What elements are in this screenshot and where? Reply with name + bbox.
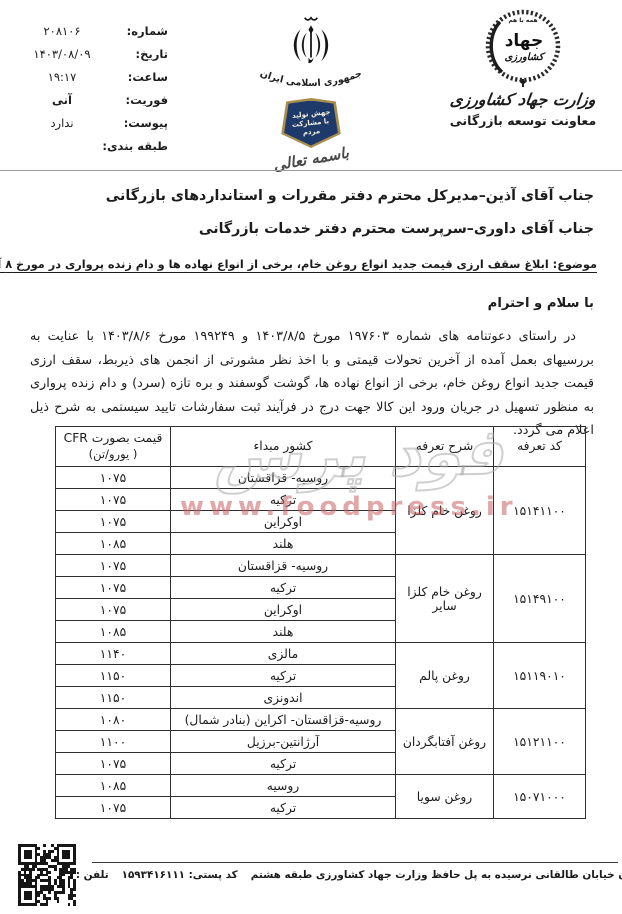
price-cell: ۱۱۵۰ [56, 665, 171, 687]
table-row: ۱۵۱۴۱۱۰۰روغن خام کلزاروسیه- قزاقستان۱۰۷۵ [56, 467, 586, 489]
badge-line2: با مشارکت مردم [282, 116, 340, 139]
letter-document: { "header": { "fields": [ {"label": "شما… [0, 0, 622, 914]
price-cell: ۱۰۷۵ [56, 599, 171, 621]
price-cell: ۱۰۸۵ [56, 775, 171, 797]
tariff-code-cell: ۱۵۱۴۹۱۰۰ [494, 555, 586, 643]
tariff-code-cell: ۱۵۱۴۱۱۰۰ [494, 467, 586, 555]
origin-country-cell: مالزی [171, 643, 396, 665]
footer-text: نشانی: تهران خیابان طالقانی نرسیده به پل… [92, 869, 618, 881]
price-cell: ۱۰۷۵ [56, 511, 171, 533]
national-emblem-block: جمهوری اسلامی ایران جهش تولید با مشارکت … [252, 14, 370, 168]
year-slogan-badge: جهش تولید با مشارکت مردم [280, 98, 342, 148]
origin-country-cell: روسیه [171, 775, 396, 797]
svg-text:کشاورزی: کشاورزی [504, 52, 545, 63]
ministry-block: همه با هم جهاد کشاورزی وزارت جهاد کشاورز… [438, 8, 608, 128]
svg-text:جمهوری اسلامی ایران: جمهوری اسلامی ایران [258, 68, 363, 89]
urgency-value: آنی [18, 93, 106, 107]
origin-country-cell: ترکیه [171, 753, 396, 775]
date-label: تاریخ: [106, 47, 168, 61]
header-price-line2: ( یورو/تن) [60, 447, 166, 463]
price-table-body: ۱۵۱۴۱۱۰۰روغن خام کلزاروسیه- قزاقستان۱۰۷۵… [56, 467, 586, 819]
tariff-desc-cell: روغن خام کلزا سایر [396, 555, 494, 643]
table-row: ۱۵۰۷۱۰۰۰روغن سویاروسیه۱۰۸۵ [56, 775, 586, 797]
iran-emblem-icon [279, 14, 343, 72]
price-cell: ۱۱۵۰ [56, 687, 171, 709]
origin-country-cell: روسیه-قزاقستان- اکراین (بنادر شمال) [171, 709, 396, 731]
date-value: ۱۴۰۳/۰۸/۰۹ [18, 47, 106, 61]
price-cell: ۱۰۷۵ [56, 577, 171, 599]
time-value: ۱۹:۱۷ [18, 70, 106, 84]
meta-row-time: ساعت: ۱۹:۱۷ [18, 70, 168, 93]
table-header-row: کد تعرفه شرح تعرفه کشور مبداء قیمت بصورت… [56, 427, 586, 467]
table-row: ۱۵۱۴۹۱۰۰روغن خام کلزا سایرروسیه- قزاقستا… [56, 555, 586, 577]
country-name-arc: جمهوری اسلامی ایران [252, 66, 370, 96]
origin-country-cell: اوکراین [171, 599, 396, 621]
footer-postal-code: کد پستی: ۱۵۹۳۴۱۶۱۱۱ [122, 869, 238, 881]
header-origin-country: کشور مبداء [171, 427, 396, 467]
price-cell: ۱۰۷۵ [56, 797, 171, 819]
origin-country-cell: اندونزی [171, 687, 396, 709]
recipient-line-2: جناب آقای داوری–سرپرست محترم دفتر خدمات … [30, 221, 594, 237]
qr-code [18, 844, 76, 906]
price-cell: ۱۰۷۵ [56, 753, 171, 775]
number-label: شماره: [106, 24, 168, 38]
tariff-code-cell: ۱۵۱۲۱۱۰۰ [494, 709, 586, 775]
tariff-desc-cell: روغن پالم [396, 643, 494, 709]
jihad-agriculture-emblem-icon: همه با هم جهاد کشاورزی [480, 8, 566, 88]
tariff-desc-cell: روغن آفتابگردان [396, 709, 494, 775]
footer-separator [92, 862, 618, 863]
urgency-label: فوریت: [106, 93, 168, 107]
deputy-name: معاونت توسعه بازرگانی [438, 113, 608, 128]
table-row: ۱۵۱۲۱۱۰۰روغن آفتابگردانروسیه-قزاقستان- ا… [56, 709, 586, 731]
ministry-name-calligraphy: وزارت جهاد کشاورزی [437, 90, 610, 109]
table-row: ۱۵۱۱۹۰۱۰روغن پالممالزی۱۱۴۰ [56, 643, 586, 665]
price-table-wrap: کد تعرفه شرح تعرفه کشور مبداء قیمت بصورت… [55, 426, 585, 819]
attachment-label: پیوست: [106, 116, 168, 130]
tariff-desc-cell: روغن سویا [396, 775, 494, 819]
origin-country-cell: ترکیه [171, 665, 396, 687]
recipient-line-1: جناب آقای آذین–مدیرکل محترم دفتر مقررات … [30, 188, 594, 204]
price-cell: ۱۰۷۵ [56, 555, 171, 577]
price-cell: ۱۰۸۰ [56, 709, 171, 731]
origin-country-cell: آرژانتین-برزیل [171, 731, 396, 753]
origin-country-cell: ترکیه [171, 797, 396, 819]
origin-country-cell: روسیه- قزاقستان [171, 467, 396, 489]
price-cell: ۱۰۸۵ [56, 533, 171, 555]
letter-meta-block: شماره: ۲۰۸۱۰۶ تاریخ: ۱۴۰۳/۰۸/۰۹ ساعت: ۱۹… [18, 24, 168, 162]
origin-country-cell: هلند [171, 533, 396, 555]
header-price-line1: قیمت بصورت CFR [64, 431, 163, 445]
tariff-desc-cell: روغن خام کلزا [396, 467, 494, 555]
attachment-value: ندارد [18, 116, 106, 130]
tariff-code-cell: ۱۵۰۷۱۰۰۰ [494, 775, 586, 819]
origin-country-cell: روسیه- قزاقستان [171, 555, 396, 577]
svg-text:همه با هم: همه با هم [508, 17, 537, 24]
number-value: ۲۰۸۱۰۶ [18, 24, 106, 38]
svg-text:جهاد: جهاد [505, 31, 544, 51]
body-paragraph: در راستای دعوتنامه های شماره ۱۹۷۶۰۳ مورخ… [30, 325, 594, 443]
origin-country-cell: ترکیه [171, 577, 396, 599]
header-tariff-code: کد تعرفه [494, 427, 586, 467]
salutation: با سلام و احترام [488, 296, 594, 311]
price-cell: ۱۱۰۰ [56, 731, 171, 753]
header-tariff-desc: شرح تعرفه [396, 427, 494, 467]
header-price: قیمت بصورت CFR ( یورو/تن) [56, 427, 171, 467]
meta-row-number: شماره: ۲۰۸۱۰۶ [18, 24, 168, 47]
price-cell: ۱۰۷۵ [56, 467, 171, 489]
origin-country-cell: ترکیه [171, 489, 396, 511]
classification-label: طبقه بندی: [106, 139, 168, 153]
price-cell: ۱۰۸۵ [56, 621, 171, 643]
origin-country-cell: اوکراین [171, 511, 396, 533]
meta-row-classification: طبقه بندی: [18, 139, 168, 162]
subject-line: موضوع: ابلاغ سقف ارزی قیمت جدید انواع رو… [18, 258, 597, 271]
meta-row-date: تاریخ: ۱۴۰۳/۰۸/۰۹ [18, 47, 168, 70]
meta-row-attachment: پیوست: ندارد [18, 116, 168, 139]
origin-country-cell: هلند [171, 621, 396, 643]
footer-address: نشانی: تهران خیابان طالقانی نرسیده به پل… [251, 869, 622, 881]
header-separator [0, 170, 622, 171]
tariff-code-cell: ۱۵۱۱۹۰۱۰ [494, 643, 586, 709]
time-label: ساعت: [106, 70, 168, 84]
price-table: کد تعرفه شرح تعرفه کشور مبداء قیمت بصورت… [55, 426, 586, 819]
price-cell: ۱۱۴۰ [56, 643, 171, 665]
year-slogan-badge-inner: جهش تولید با مشارکت مردم [283, 101, 339, 146]
meta-row-urgency: فوریت: آنی [18, 93, 168, 116]
price-cell: ۱۰۷۵ [56, 489, 171, 511]
